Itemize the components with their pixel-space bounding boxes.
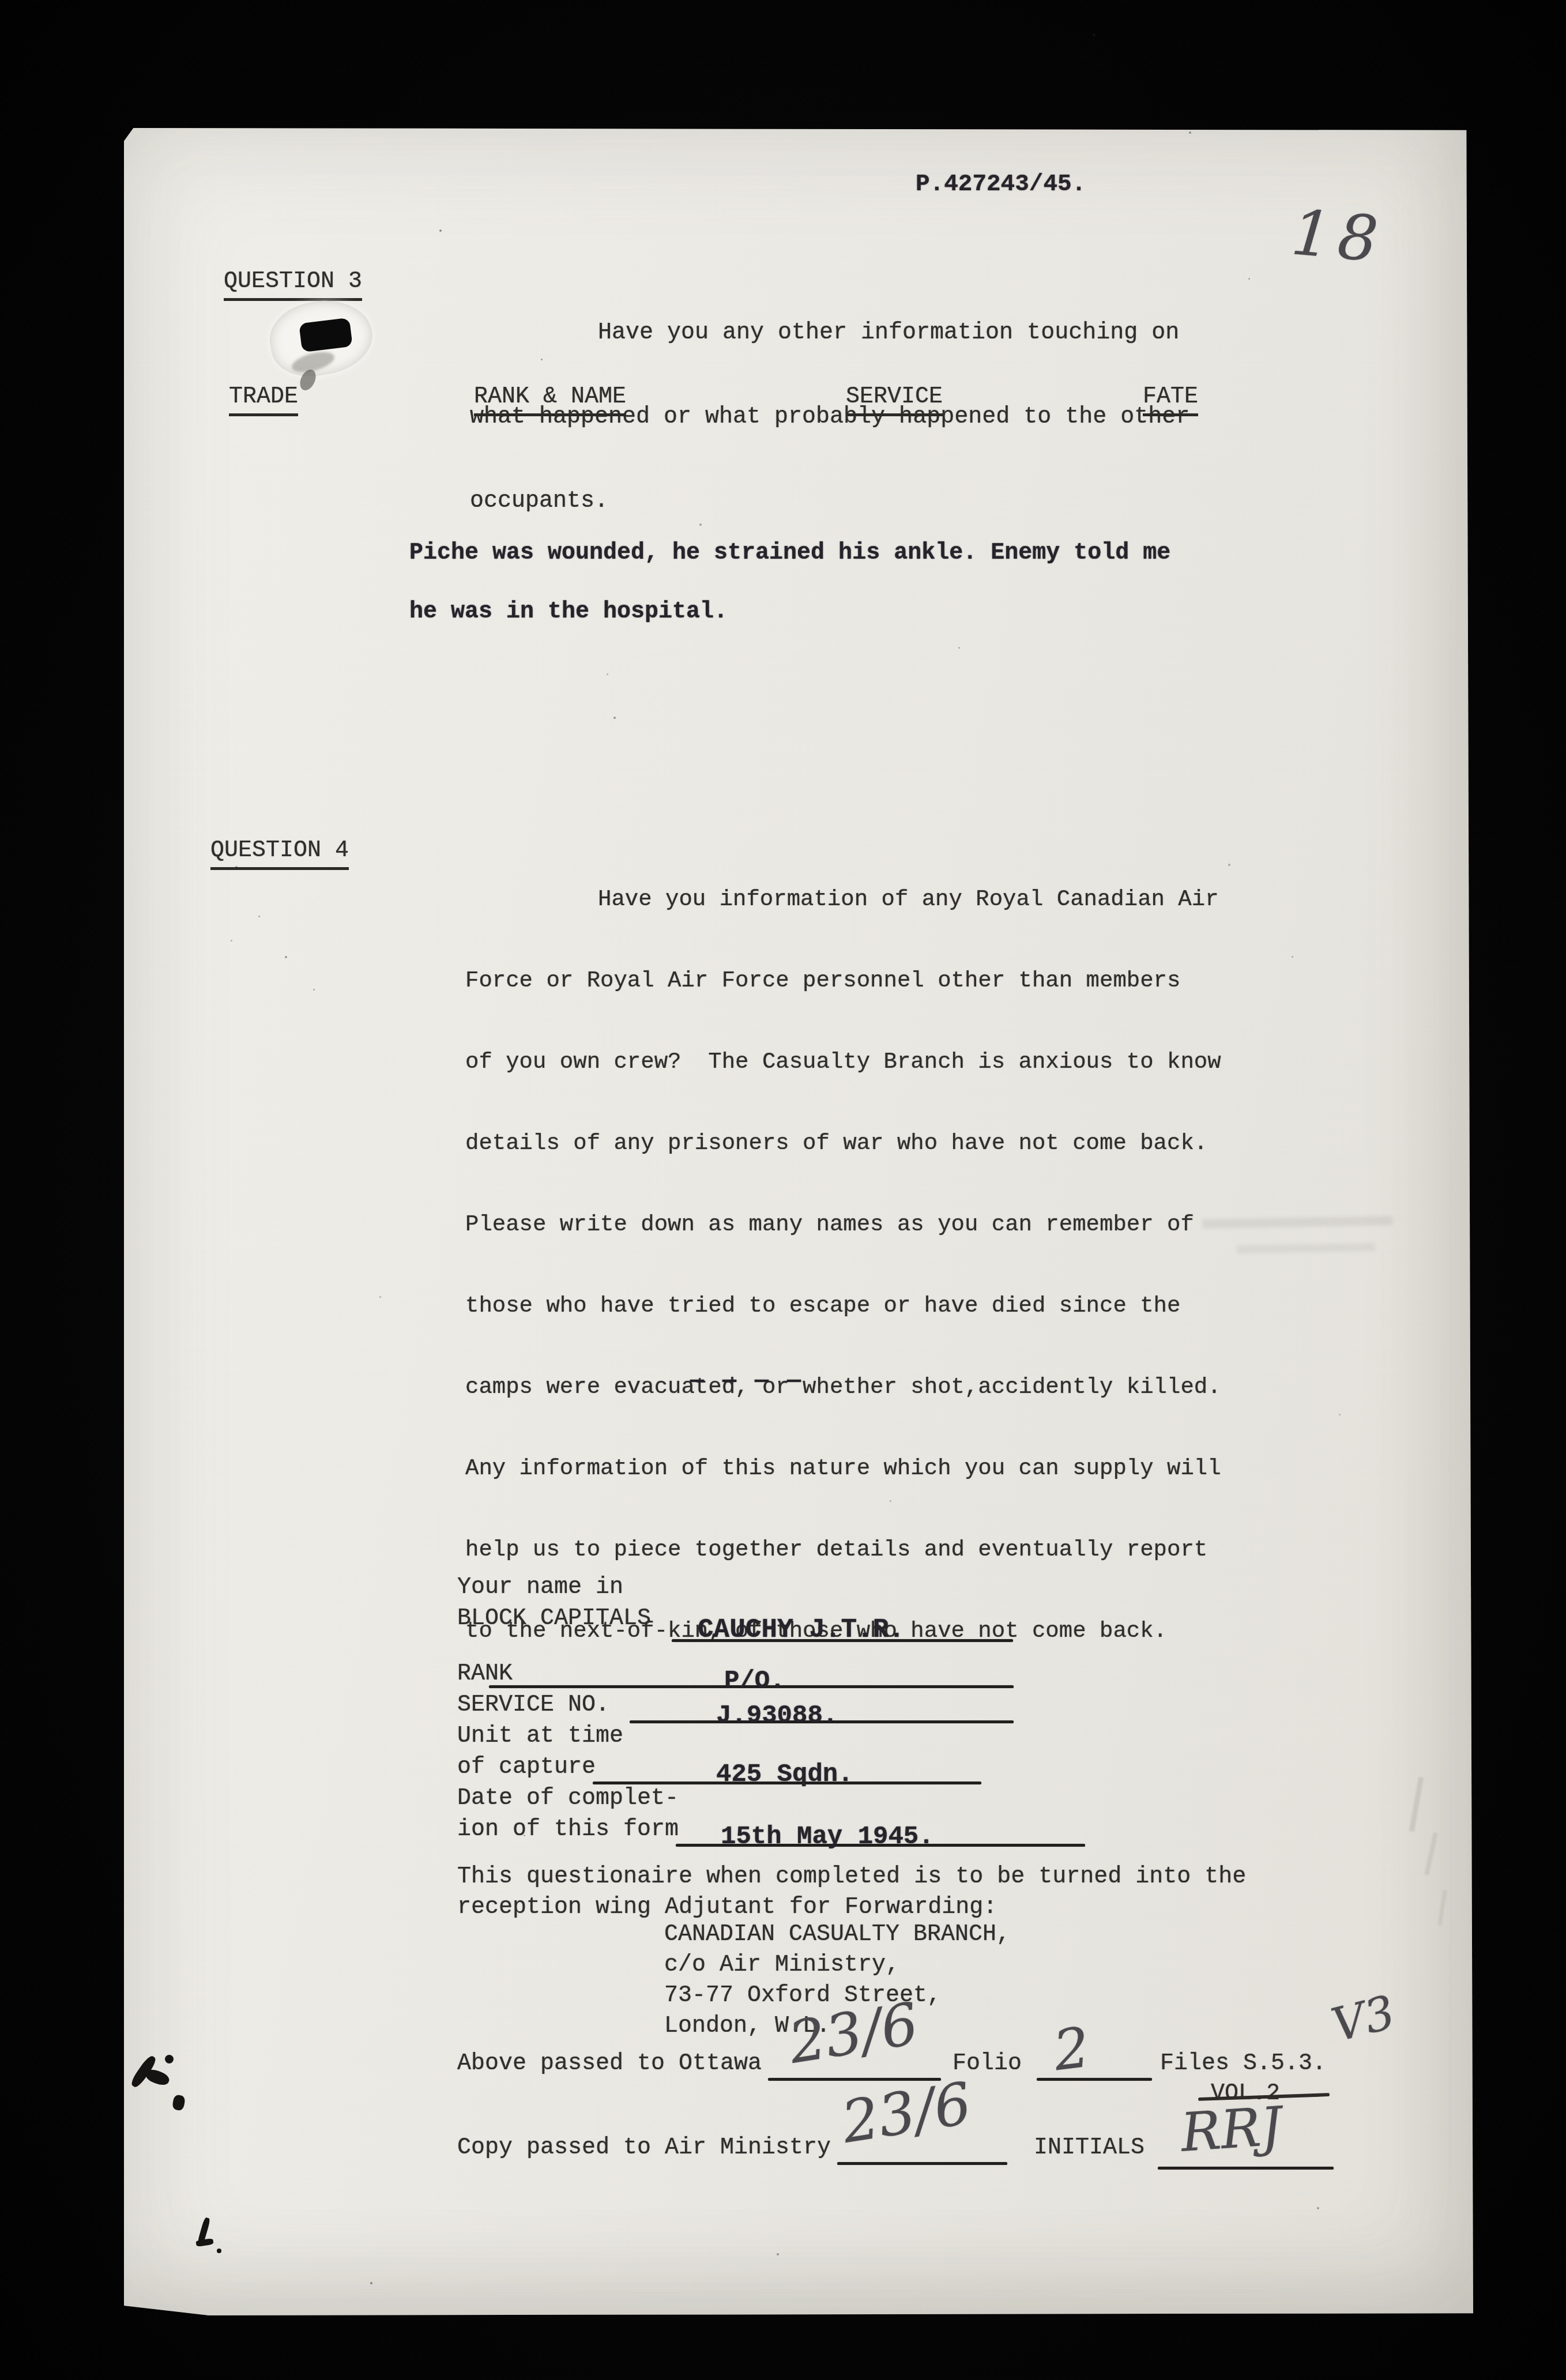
paper-speck [1228,864,1230,866]
address-line1: CANADIAN CASUALTY BRANCH, [664,1921,1010,1949]
edge-streak [1437,1890,1447,1926]
answer3-line1: Piche was wounded, he strained his ankle… [409,540,1170,567]
paper-speck [313,989,315,991]
margin-ink-dot [165,2055,174,2063]
file-reference: P.427243/45. [916,171,1086,199]
copy-date-underline [837,2162,1007,2165]
files-label: Files S.5.3. [1160,2050,1326,2078]
paper-speck [231,940,232,942]
copy-label: Copy passed to Air Ministry [457,2134,831,2162]
paper-speck [1387,2002,1388,2004]
paper-speck [890,1500,891,1502]
column-header-rank-name: RANK & NAME [474,383,626,416]
bleed-through-ghost [1202,1216,1392,1229]
paper-speck [1248,278,1250,280]
paper-speck [524,1835,525,1836]
paper-speck [370,2282,372,2284]
unit-value: 425 Sqdn. [716,1760,853,1790]
instructions-line1: This questionaire when completed is to b… [457,1863,1246,1891]
paper-speck [958,647,960,649]
question4-line: Please write down as many names as you c… [465,1212,1221,1242]
edge-streak [1424,1832,1437,1876]
column-header-service: SERVICE [846,383,943,416]
address-line2: c/o Air Ministry, [664,1952,899,1979]
rank-value: P/O. [724,1666,785,1697]
service-no-value: J.93088. [716,1701,838,1731]
folio-value-handwritten: 2 [1050,2015,1093,2084]
initials-underline [1158,2167,1334,2170]
paper-speck [439,229,442,232]
question4-line: Any information of this nature which you… [465,1456,1221,1486]
question4-label: QUESTION 4 [210,837,349,870]
column-header-trade: TRADE [229,383,298,416]
page-number-handwritten: 18 [1289,197,1388,277]
paper-speck [777,2253,779,2255]
question4-line: those who have tried to escape or have d… [465,1293,1221,1324]
folio-underline [1037,2078,1152,2081]
initials-handwritten: RRJ [1179,2095,1283,2164]
question4-line: Force or Royal Air Force personnel other… [465,968,1221,999]
question4-line: of you own crew? The Casualty Branch is … [465,1049,1221,1080]
paper-speck [541,359,543,360]
question4-line: camps were evacuated, or whether shot,ac… [465,1374,1221,1405]
unit-label-line1: Unit at time [457,1723,623,1750]
question4-line: Have you information of any Royal Canadi… [465,887,1221,917]
paper-speck [1292,956,1293,958]
rank-label: RANK [457,1660,513,1688]
initials-label: INITIALS [1034,2134,1145,2162]
date-label-line2: ion of this form [457,1816,679,1844]
question3-line: occupants. [470,488,1189,521]
paper-speck [699,524,702,526]
date-label-line1: Date of complet- [457,1785,679,1813]
copy-date-handwritten: 23/6 [837,2069,976,2156]
name-label-line1: Your name in [457,1574,623,1602]
scan-background: P.427243/45. 18 QUESTION 3 Have you any … [0,0,1566,2380]
instructions-line2: reception wing Adjutant for Forwarding: [457,1894,997,1922]
paper-speck [379,1296,381,1298]
dash-separator: — — — — [690,1368,803,1395]
question3-line: Have you any other information touching … [470,320,1189,352]
paper-speck [1339,1414,1341,1415]
question4-line: details of any prisoners of war who have… [465,1131,1221,1161]
bleed-through-ghost [1237,1243,1375,1253]
margin-ink-scribble [144,2067,171,2087]
files-handwritten: V3 [1326,1985,1400,2053]
name-label-line2: BLOCK CAPITALS [457,1605,651,1633]
margin-ink-blob [172,2094,186,2111]
paper-speck [285,956,287,958]
paper-speck [258,916,260,917]
punch-hole [299,318,352,352]
paper-speck [607,673,608,675]
document-content: P.427243/45. 18 QUESTION 3 Have you any … [0,0,1566,2380]
column-header-fate: FATE [1143,383,1198,416]
question3-label: QUESTION 3 [224,268,362,301]
corner-ink-dot [217,2249,221,2253]
question4-line: help us to piece together details and ev… [465,1537,1221,1568]
ottawa-label: Above passed to Ottawa [457,2050,762,2078]
paper-speck [1093,33,1096,36]
unit-label-line2: of capture [457,1754,596,1782]
paper-speck [1189,131,1191,134]
paper-speck [1317,2207,1319,2209]
paper-speck [235,866,238,868]
edge-streak [1409,1777,1424,1832]
name-value: CAUCHY J.T.R. [698,1614,905,1646]
date-value: 15th May 1945. [721,1822,934,1852]
paper-speck [613,717,616,719]
service-no-label: SERVICE NO. [457,1692,609,1719]
answer3-line2: he was in the hospital. [409,598,728,626]
